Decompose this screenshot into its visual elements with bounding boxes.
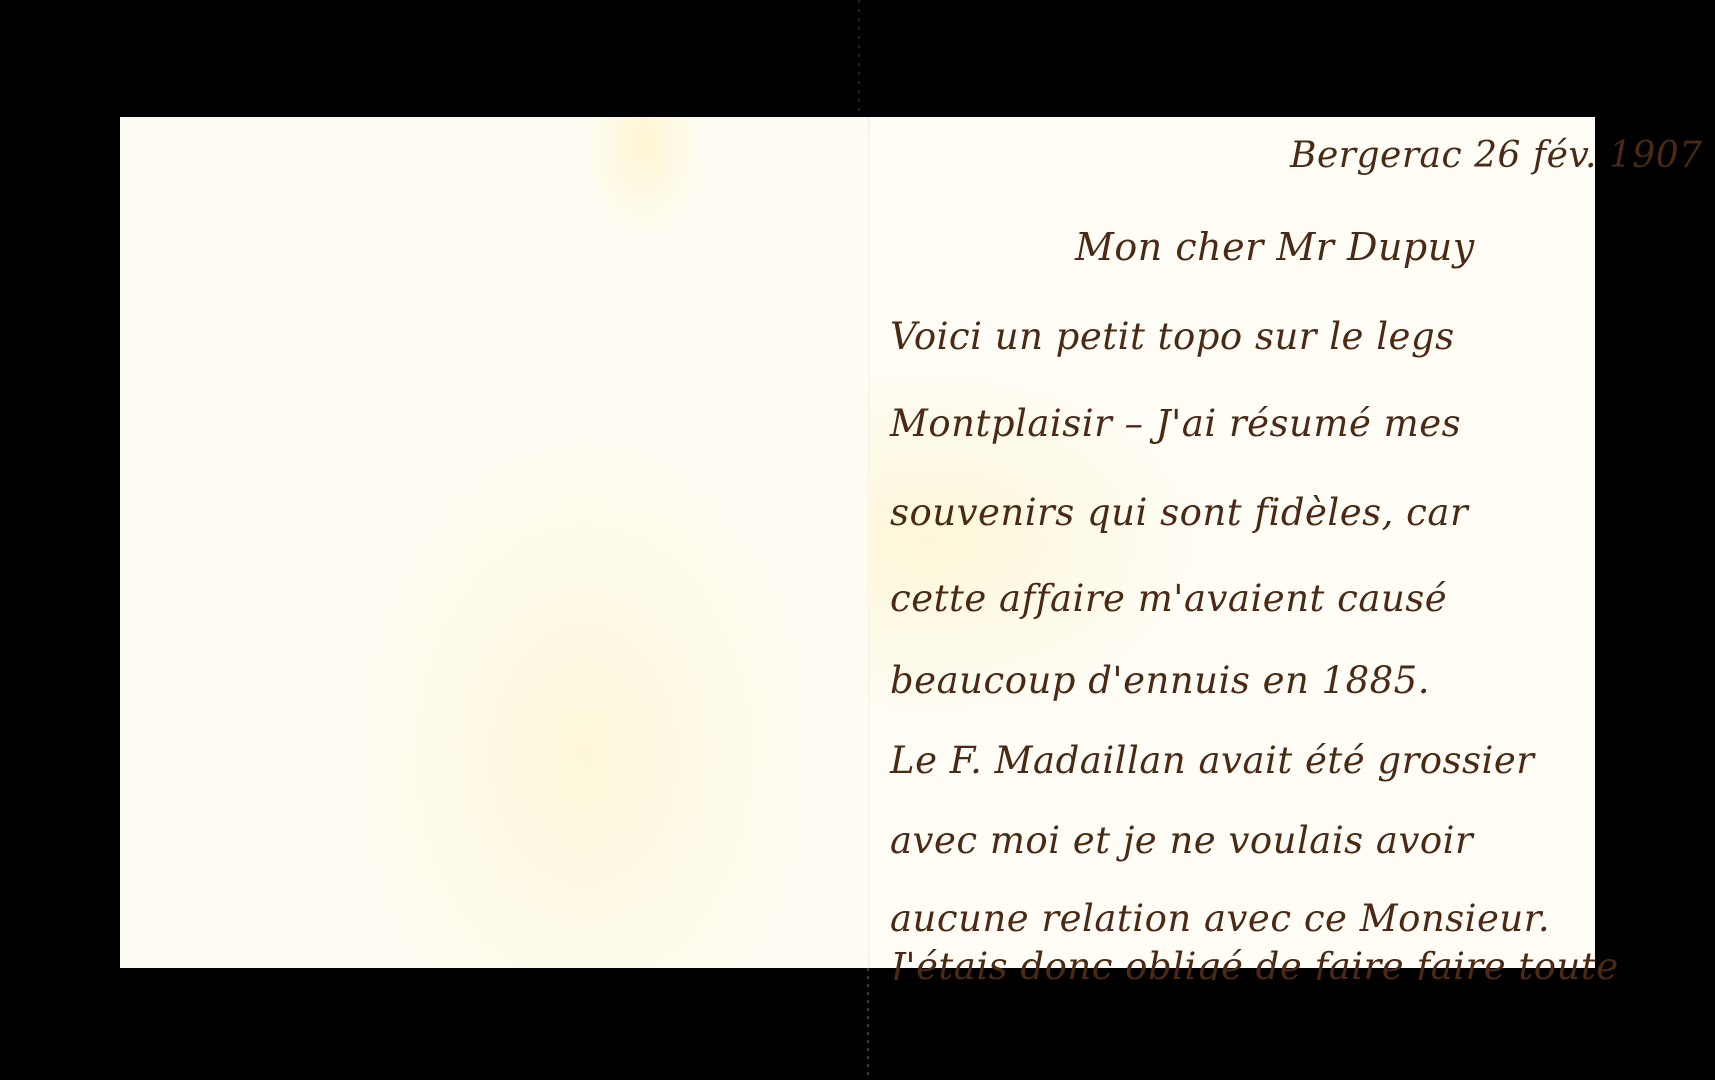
letter-line: souvenirs qui sont fidèles, car (890, 491, 1468, 534)
fold-mark-bottom (867, 968, 869, 1080)
scan-stage: Bergerac 26 fév. 1907 Mon cher Mr Dupuy … (0, 0, 1715, 1080)
place-and-date: Bergerac 26 fév. 1907 (1290, 135, 1703, 176)
letter-line: J'étais donc obligé de faire faire toute (890, 945, 1619, 988)
letter-line: Le F. Madaillan avait été grossier (890, 739, 1534, 782)
letter-line: Voici un petit topo sur le legs (890, 315, 1455, 358)
letter-line: avec moi et je ne voulais avoir (890, 819, 1473, 862)
fold-mark-top (858, 0, 860, 117)
salutation: Mon cher Mr Dupuy (1075, 225, 1475, 269)
right-page: Bergerac 26 fév. 1907 Mon cher Mr Dupuy … (870, 117, 1595, 968)
letter-line: Montplaisir – J'ai résumé mes (890, 402, 1461, 445)
letter-line: aucune relation avec ce Monsieur. (890, 897, 1550, 940)
left-page-blank (120, 117, 868, 968)
letter-line: beaucoup d'ennuis en 1885. (890, 659, 1430, 702)
letter-line: cette affaire m'avaient causé (890, 577, 1447, 620)
letter-sheet: Bergerac 26 fév. 1907 Mon cher Mr Dupuy … (120, 117, 1595, 968)
